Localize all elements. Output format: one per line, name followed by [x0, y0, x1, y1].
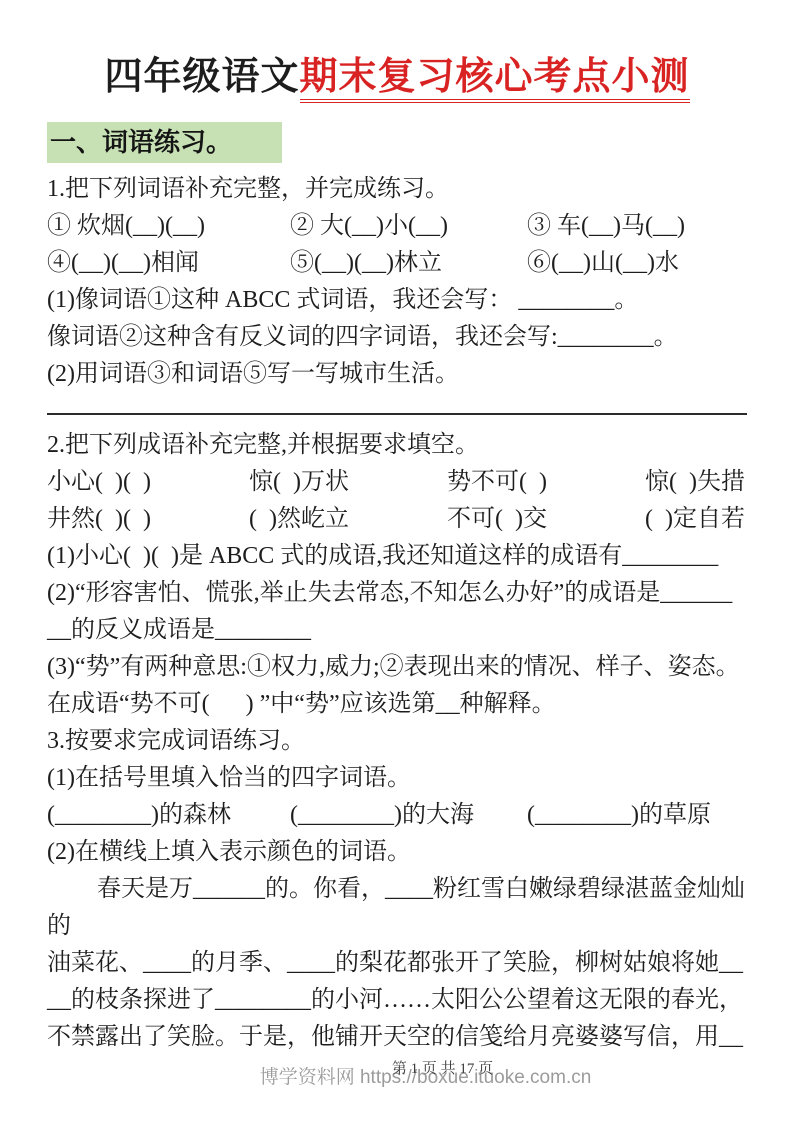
- q3-sub1: (1)在括号里填入恰当的四字词语。: [47, 760, 747, 797]
- q3-paragraph-line4: 不禁露出了笑脸。于是，他铺开天空的信笺给月亮婆婆写信，用__: [47, 1019, 747, 1056]
- q2-idiom-7: 不可( )交: [447, 501, 547, 538]
- q2-idiom-8: ( )定自若: [645, 501, 745, 538]
- q3-blank-forest: (________)的森林: [47, 797, 290, 834]
- q1-sub1: (1)像词语①这种 ABCC 式词语，我还会写： ________。: [47, 282, 747, 319]
- page-title: 四年级语文期末复习核心考点小测: [47, 54, 747, 102]
- q1-item-2: ② 大(__)小(__): [290, 208, 527, 245]
- q3-paragraph-line3: __的枝条探进了________的小河……太阳公公望着这无限的春光，: [47, 982, 747, 1019]
- q1-item-5: ⑤(__)(__)林立: [290, 245, 527, 282]
- q2-sub3b: 在成语“势不可( ) ”中“势”应该选第__种解释。: [47, 686, 747, 723]
- q1-row1: ① 炊烟(__)(__) ② 大(__)小(__) ③ 车(__)马(__): [47, 208, 747, 245]
- worksheet-page: 四年级语文期末复习核心考点小测 一、词语练习。 1.把下列词语补充完整，并完成练…: [47, 54, 747, 1056]
- q2-sub2b: __的反义成语是________: [47, 612, 747, 649]
- q3-blank-sea: (________)的大海: [290, 797, 527, 834]
- q1-sub1b: 像词语②这种含有反义词的四字词语，我还会写:________。: [47, 319, 747, 356]
- q2-idiom-1: 小心( )( ): [47, 464, 151, 501]
- q1-item-4: ④(__)(__)相闻: [47, 245, 290, 282]
- q3-paragraph-line1: 春天是万______的。你看，____粉红雪白嫩绿碧绿湛蓝金灿灿的: [47, 871, 747, 945]
- section-heading-word-practice: 一、词语练习。: [47, 122, 282, 163]
- q3-blank-grassland: (________)的草原: [527, 797, 747, 834]
- q2-idiom-3: 势不可( ): [447, 464, 547, 501]
- q2-sub2: (2)“形容害怕、慌张,举止失去常态,不知怎么办好”的成语是______: [47, 575, 747, 612]
- q2-row1: 小心( )( ) 惊( )万状 势不可( ) 惊( )失措: [47, 464, 747, 501]
- q3-row1: (________)的森林 (________)的大海 (________)的草…: [47, 797, 747, 834]
- q2-sub3: (3)“势”有两种意思:①权力,威力;②表现出来的情况、样子、姿态。: [47, 649, 747, 686]
- q1-row2: ④(__)(__)相闻 ⑤(__)(__)林立 ⑥(__)山(__)水: [47, 245, 747, 282]
- q3-sub2: (2)在横线上填入表示颜色的词语。: [47, 834, 747, 871]
- q1-prompt: 1.把下列词语补充完整，并完成练习。: [47, 171, 747, 208]
- q2-prompt: 2.把下列成语补充完整,并根据要求填空。: [47, 427, 747, 464]
- q2-idiom-2: 惊( )万状: [249, 464, 349, 501]
- q3-prompt: 3.按要求完成词语练习。: [47, 723, 747, 760]
- q2-idiom-5: 井然( )( ): [47, 501, 151, 538]
- q1-sub2: (2)用词语③和词语⑤写一写城市生活。: [47, 356, 747, 393]
- q1-item-1: ① 炊烟(__)(__): [47, 208, 290, 245]
- q1-item-3: ③ 车(__)马(__): [527, 208, 747, 245]
- page-number: 第 1 页 共 17 页: [392, 1057, 493, 1078]
- q3-paragraph-line2: 油菜花、____的月季、____的梨花都张开了笑脸，柳树姑娘将她__: [47, 945, 747, 982]
- q2-idiom-6: ( )然屹立: [249, 501, 349, 538]
- page-title-red-underlined: 期末复习核心考点小测: [300, 56, 690, 103]
- q2-row2: 井然( )( ) ( )然屹立 不可( )交 ( )定自若: [47, 501, 747, 538]
- answer-line-divider: [47, 413, 747, 415]
- q2-sub1: (1)小心( )( )是 ABCC 式的成语,我还知道这样的成语有_______…: [47, 538, 747, 575]
- page-title-black: 四年级语文: [104, 56, 299, 98]
- q2-idiom-4: 惊( )失措: [645, 464, 745, 501]
- q1-item-6: ⑥(__)山(__)水: [527, 245, 747, 282]
